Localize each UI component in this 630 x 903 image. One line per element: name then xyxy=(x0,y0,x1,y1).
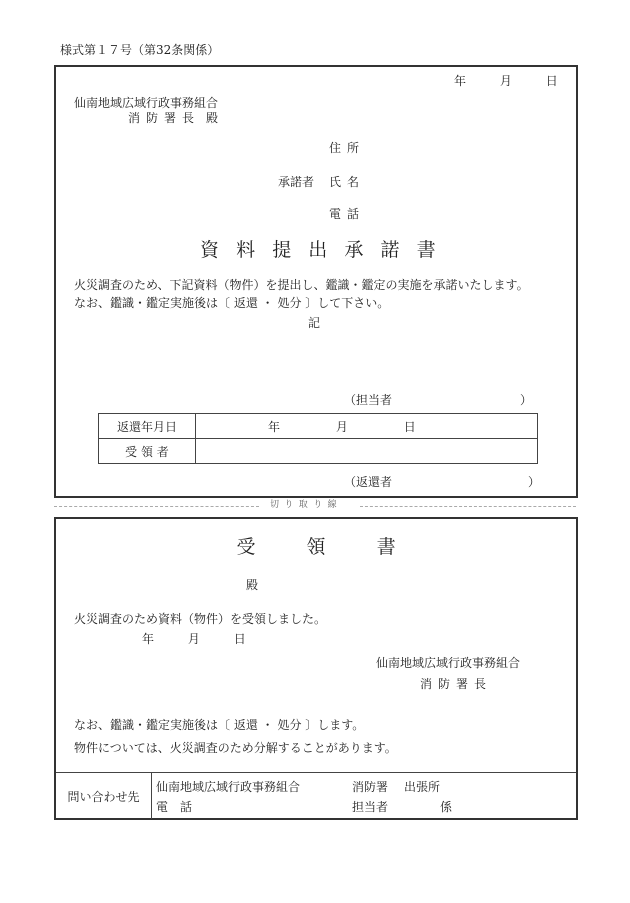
receipt-body: 火災調査のため資料（物件）を受領しました。 xyxy=(74,613,326,625)
date-year: 年 xyxy=(454,75,466,87)
consent-date[interactable]: 年 月 日 xyxy=(454,75,558,87)
returner-close: ） xyxy=(528,476,540,488)
receipt-date[interactable]: 年 月 日 xyxy=(142,633,246,645)
addressee-title: 消防署長 xyxy=(128,112,200,124)
return-month: 月 xyxy=(336,418,348,435)
receipt-note-line1: なお、鑑識・鑑定実施後は〔 返還 ・ 処分 〕します。 xyxy=(74,719,364,731)
return-date-field[interactable]: 年 月 日 xyxy=(196,414,538,439)
return-table: 返還年月日 年 月 日 受 領 者 xyxy=(98,413,538,464)
contact-branch: 出張所 xyxy=(404,781,440,793)
return-year: 年 xyxy=(268,418,280,435)
recipient-label: 受 領 者 xyxy=(99,439,196,464)
issuer-title: 消防署長 xyxy=(420,678,492,690)
recipient-field[interactable] xyxy=(196,439,538,464)
date-year: 年 xyxy=(142,633,154,645)
table-row: 受 領 者 xyxy=(99,439,538,464)
contact-section: 係 xyxy=(440,801,452,813)
staff-close: ） xyxy=(520,394,532,406)
contact-org: 仙南地域広域行政事務組合 xyxy=(156,781,300,793)
date-day: 日 xyxy=(546,75,558,87)
date-month: 月 xyxy=(500,75,512,87)
returner-label: （返還者 xyxy=(344,476,392,488)
date-day: 日 xyxy=(234,633,246,645)
address-label: 住所 xyxy=(329,142,365,154)
consent-form: 年 月 日 仙南地域広域行政事務組合 消防署長 殿 住所 承諾者 氏名 電話 資… xyxy=(54,65,578,498)
consenter-label: 承諾者 xyxy=(278,176,314,188)
receipt-honorific: 殿 xyxy=(246,579,258,591)
consent-title: 資料提出承諾書 xyxy=(200,241,453,260)
issuer-org: 仙南地域広域行政事務組合 xyxy=(376,657,520,669)
contact-phone-label: 電 話 xyxy=(156,801,192,813)
cut-line-label: 切り取り線 xyxy=(270,501,342,510)
contact-staff-label: 担当者 xyxy=(352,801,388,813)
table-row: 返還年月日 年 月 日 xyxy=(99,414,538,439)
receipt-title: 受 領 書 xyxy=(218,538,414,557)
contact-station: 消防署 xyxy=(352,781,388,793)
contact-footer: 問い合わせ先 仙南地域広域行政事務組合 消防署 出張所 電 話 担当者 係 xyxy=(56,772,576,819)
receipt-note-line2: 物件については、火災調査のため分解することがあります。 xyxy=(74,742,397,754)
date-month: 月 xyxy=(188,633,200,645)
phone-label: 電話 xyxy=(329,208,365,220)
name-label: 氏名 xyxy=(329,176,365,188)
contact-label: 問い合わせ先 xyxy=(56,773,152,819)
consent-body-line1: 火災調査のため、下記資料（物件）を提出し、鑑識・鑑定の実施を承諾いたします。 xyxy=(74,279,529,291)
return-date-label: 返還年月日 xyxy=(99,414,196,439)
staff-label: （担当者 xyxy=(344,394,392,406)
consent-body-line2: なお、鑑識・鑑定実施後は〔 返還 ・ 処分 〕して下さい。 xyxy=(74,297,389,309)
receipt-form: 受 領 書 殿 火災調査のため資料（物件）を受領しました。 年 月 日 仙南地域… xyxy=(54,517,578,820)
cut-line-right xyxy=(360,506,576,507)
note-heading: 記 xyxy=(308,317,320,329)
return-day: 日 xyxy=(404,418,416,435)
addressee-honorific: 殿 xyxy=(206,112,218,124)
form-number: 様式第１７号（第32条関係） xyxy=(60,44,219,56)
cut-line-left xyxy=(54,506,259,507)
addressee-org: 仙南地域広域行政事務組合 xyxy=(74,97,218,109)
